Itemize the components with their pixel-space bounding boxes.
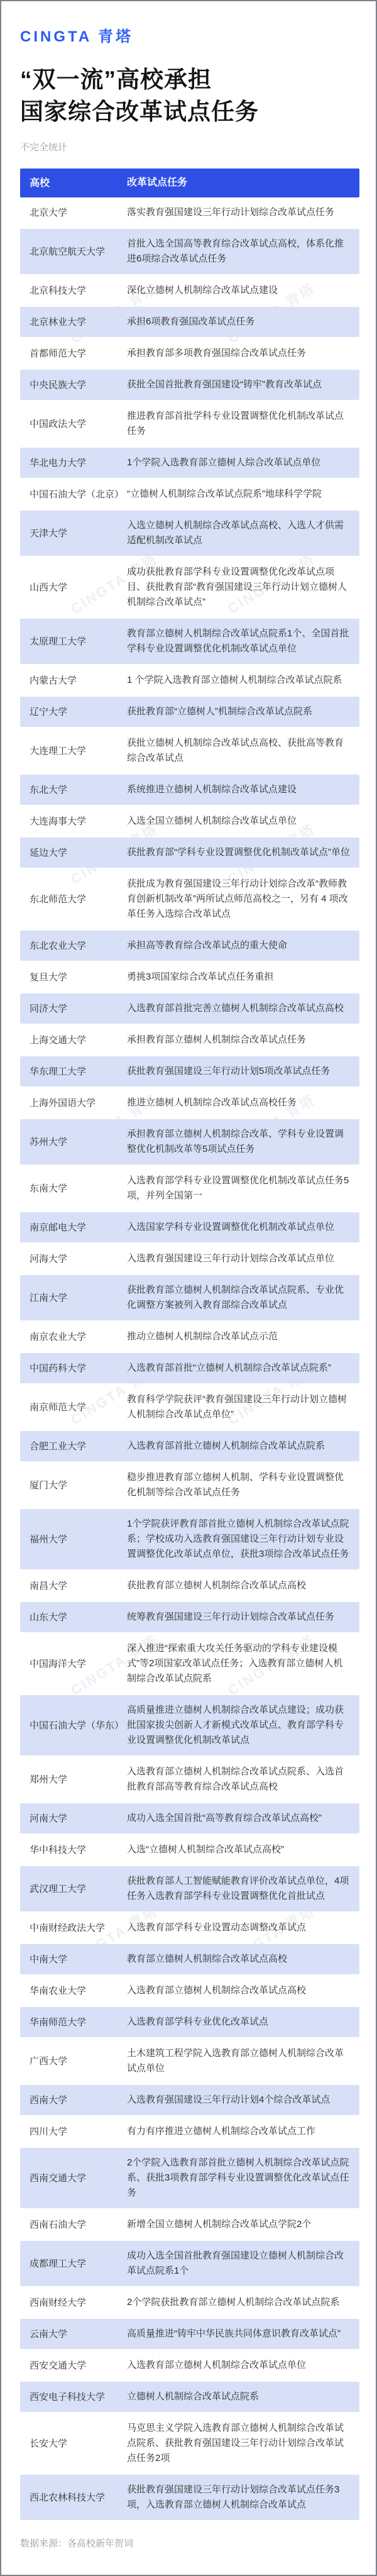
table-row: 上海外国语大学 推进立德树人机制综合改革试点高校任务 [20, 1088, 359, 1118]
table-row: 华北电力大学 1个学院入选教育部立德树人综合改革试点单位 [20, 448, 359, 478]
column-header-task: 改革试点任务 [127, 169, 359, 197]
university-name: 太原理工大学 [20, 627, 127, 656]
reform-task-text: 入选教育强国建设三年行动计划4个综合改革试点 [127, 2085, 359, 2115]
column-header-university: 高校 [20, 169, 127, 197]
table-row: 西安电子科技大学 立德树人机制综合改革试点院系 [20, 2382, 359, 2412]
reform-task-text: 2个学院获批教育部立德树人机制综合改革试点院系 [127, 2287, 359, 2318]
reform-task-text: 推进教育部首批学科专业设置调整优化机制改革试点任务 [127, 401, 359, 446]
university-name: 成都理工大学 [20, 2249, 127, 2279]
university-name: 内蒙古大学 [20, 666, 127, 695]
table-row: 河海大学 入选教育强国建设三年行动计划综合改革试点单位 [20, 1244, 359, 1274]
table-row: 西南大学 入选教育强国建设三年行动计划4个综合改革试点 [20, 2085, 359, 2115]
university-name: 大连海事大学 [20, 807, 127, 836]
university-name: 江南大学 [20, 1283, 127, 1313]
reform-task-text: 稳步推进教育部立德树人机制、学科专业设置调整优化机制等综合改革试点任务 [127, 1462, 359, 1508]
university-name: 郑州大学 [20, 1765, 127, 1794]
reform-task-text: 系统推进立德树人机制综合改革试点建设 [127, 775, 359, 805]
page-title: “双一流”高校承担国家综合改革试点任务 [20, 64, 357, 128]
university-name: 华东理工大学 [20, 1057, 127, 1086]
university-name: 大连理工大学 [20, 736, 127, 766]
reform-task-text: 统筹教育强国建设三年行动计划综合改革试点任务 [127, 1602, 359, 1632]
reform-task-text: 2个学院入选教育部首批立德树人机制综合改革试点院系、获批3项教育部学科专业设置调… [127, 2148, 359, 2208]
table-row: 北京林业大学 承担6项教育强国改革试点任务 [20, 307, 359, 337]
university-name: 复旦大学 [20, 963, 127, 992]
cingta-logo: CINGTA 青塔 [20, 24, 357, 46]
table-row: 华东理工大学 获批教育强国建设三年行动计划5项改革试点任务 [20, 1056, 359, 1086]
university-name: 河海大学 [20, 1244, 127, 1274]
table-row: 华中科技大学 入选“立德树人机制综合改革试点高校” [20, 1835, 359, 1865]
reform-task-text: 获批立德树人机制综合改革试点高校、获批高等教育综合改革试点 [127, 728, 359, 773]
reform-task-text: 入选教育部学科专业设置调整优化机制改革试点任务5项，并列全国第一 [127, 1166, 359, 1211]
reform-task-text: “立德树人机制综合改革试点院系”地球科学学院 [127, 479, 359, 509]
university-name: 西安电子科技大学 [20, 2382, 127, 2412]
table-row: 中国石油大学（华东） 高质量推进立德树人机制综合改革试点建设；成功获批国家拔尖创… [20, 1695, 359, 1755]
table-row: 北京大学 落实教育强国建设三年行动计划综合改革试点任务 [20, 197, 359, 228]
table-row: 中央民族大学 获批全国首批教育强国建设“铸牢”教育改革试点 [20, 370, 359, 400]
university-name: 中南财经政法大学 [20, 1913, 127, 1943]
reform-task-text: 马克思主义学院入选教育部立德树人机制综合改革试点院系、获批教育强国建设三年行动计… [127, 2413, 359, 2474]
table-row: 苏州大学 承担教育部立德树人机制综合改革、学科专业设置调整优化机制改革等5项试点… [20, 1119, 359, 1164]
table-row: 长安大学 马克思主义学院入选教育部立德树人机制综合改革试点院系、获批教育强国建设… [20, 2413, 359, 2474]
table-row: 成都理工大学 成功入选全国首批教育强国建设立德树人机制综合改革试点院系1个 [20, 2241, 359, 2286]
university-name: 东南大学 [20, 1174, 127, 1203]
table-row: 武汉理工大学 获批教育部人工智能赋能教育评价改革试点单位，4项任务入选教育部学科… [20, 1866, 359, 1911]
reform-task-text: 成功入选全国首批“高等教育综合改革试点高校” [127, 1803, 359, 1833]
reform-task-text: 教育部立德树人机制综合改革试点院系1个、全国首批学科专业设置调整优化机制改革试点… [127, 619, 359, 664]
reform-task-text: 获批教育强国建设三年行动计划综合改革试点任务3项，入选教育部立德树人机制综合改革… [127, 2475, 359, 2520]
university-name: 北京大学 [20, 198, 127, 228]
university-name: 西南大学 [20, 2086, 127, 2115]
university-name: 首都师范大学 [20, 339, 127, 368]
university-name: 武汉理工大学 [20, 1874, 127, 1904]
table-row: 中国药科大学 入选教育部首批“立德树人机制综合改革试点院系” [20, 1353, 359, 1383]
reform-task-text: 承担教育部立德树人机制综合改革试点任务 [127, 1025, 359, 1055]
table-row: 北京航空航天大学 首批入选全国高等教育综合改革试点高校，体系化推进6项综合改革试… [20, 229, 359, 274]
table-row: 中国海洋大学 深入推进“探索重大攻关任务驱动的学科专业建设模式”等2项国家改革试… [20, 1633, 359, 1694]
university-name: 中南大学 [20, 1945, 127, 1974]
university-name: 四川大学 [20, 2117, 127, 2147]
university-name: 同济大学 [20, 994, 127, 1024]
reform-task-text: 落实教育强国建设三年行动计划综合改革试点任务 [127, 197, 359, 228]
table-row: 北京科技大学 深化立德树人机制综合改革试点建设 [20, 275, 359, 306]
subtitle-note: 不完全统计 [20, 140, 357, 153]
table-row: 中南财经政法大学 入选教育部学科专业设置动态调整改革试点 [20, 1913, 359, 1943]
reform-task-text: 承担高等教育综合改革试点的重大使命 [127, 931, 359, 961]
university-name: 华南师范大学 [20, 2008, 127, 2037]
table-row: 大连海事大学 入选全国立德树人机制综合改革试点单位 [20, 806, 359, 836]
reform-task-text: 入选教育强国建设三年行动计划综合改革试点单位 [127, 1244, 359, 1274]
reform-task-text: 高质量推进立德树人机制综合改革试点建设；成功获批国家拔尖创新人才新模式改革试点、… [127, 1695, 359, 1755]
table-row: 山西大学 成功获批教育部学科专业设置调整优化改革试点项目、获批教育部“教育强国建… [20, 557, 359, 617]
reform-task-text: 获批教育部立德树人机制综合改革试点高校 [127, 1571, 359, 1601]
university-name: 苏州大学 [20, 1127, 127, 1157]
reform-task-text: 推进立德树人机制综合改革试点高校任务 [127, 1088, 359, 1118]
university-name: 华南农业大学 [20, 1976, 127, 2006]
table-row: 西南财经大学 2个学院获批教育部立德树人机制综合改革试点院系 [20, 2287, 359, 2318]
university-name: 西安交通大学 [20, 2351, 127, 2380]
university-name: 长安大学 [20, 2429, 127, 2458]
reform-task-text: 深化立德树人机制综合改革试点建设 [127, 275, 359, 306]
reform-task-text: 获批教育部“学科专业设置调整优化机制改革试点”单位 [127, 837, 359, 868]
university-name: 华中科技大学 [20, 1835, 127, 1865]
table-row: 上海交通大学 承担教育部立德树人机制综合改革试点任务 [20, 1025, 359, 1055]
reform-task-text: 教育科学学院获评“教育强国建设三年行动计划立德树人机制综合改革试点单位” [127, 1385, 359, 1430]
table-row: 南昌大学 获批教育部立德树人机制综合改革试点高校 [20, 1571, 359, 1601]
reform-task-text: 入选教育部立德树人机制综合改革试点单位 [127, 2350, 359, 2380]
reform-task-text: 推动立德树人机制综合改革试点示范 [127, 1322, 359, 1352]
table-header-row: 高校 改革试点任务 [20, 169, 359, 197]
table-row: 辽宁大学 获批教育部“立德树人”机制综合改革试点院系 [20, 697, 359, 727]
reform-task-text: 入选教育部首批完善立德树人机制综合改革试点高校 [127, 993, 359, 1024]
infographic-page: CINGTA 青塔CINGTA 青塔CINGTA 青塔CINGTA 青塔CING… [0, 0, 377, 2576]
table-row: 福州大学 1个学院获评教育部首批立德树人机制综合改革试点院系；学校成功入选教育强… [20, 1509, 359, 1569]
reform-task-text: 土木建筑工程学院入选教育部立德树人机制综合改革试点单位 [127, 2038, 359, 2084]
reform-task-text: 承担教育部立德树人机制综合改革、学科专业设置调整优化机制改革等5项试点任务 [127, 1119, 359, 1164]
reform-task-text: 成功入选全国首批教育强国建设立德树人机制综合改革试点院系1个 [127, 2241, 359, 2286]
table-row: 太原理工大学 教育部立德树人机制综合改革试点院系1个、全国首批学科专业设置调整优… [20, 619, 359, 664]
table-row: 中南大学 教育部立德树人机制综合改革试点高校 [20, 1944, 359, 1974]
table-row: 东南大学 入选教育部学科专业设置调整优化机制改革试点任务5项，并列全国第一 [20, 1166, 359, 1211]
university-name: 上海交通大学 [20, 1025, 127, 1055]
table-row: 南京师范大学 教育科学学院获评“教育强国建设三年行动计划立德树人机制综合改革试点… [20, 1385, 359, 1430]
reform-task-text: 首批入选全国高等教育综合改革试点高校，体系化推进6项综合改革试点任务 [127, 229, 359, 274]
reform-task-text: 有力有序推进立德树人机制综合改革试点工作 [127, 2116, 359, 2147]
table-row: 华南农业大学 入选教育部立德树人机制综合改革试点高校 [20, 1976, 359, 2006]
table-row: 厦门大学 稳步推进教育部立德树人机制、学科专业设置调整优化机制等综合改革试点任务 [20, 1462, 359, 1508]
data-source-note: 数据来源：各高校新年贺词 [20, 2536, 357, 2550]
table-row: 中国石油大学（北京） “立德树人机制综合改革试点院系”地球科学学院 [20, 479, 359, 509]
university-name: 厦门大学 [20, 1471, 127, 1500]
university-name: 西北农林科技大学 [20, 2483, 127, 2512]
reform-task-text: 入选教育部立德树人机制综合改革试点高校 [127, 1976, 359, 2006]
reform-task-text: 承担6项教育强国改革试点任务 [127, 307, 359, 337]
university-name: 中国海洋大学 [20, 1649, 127, 1679]
university-name: 福州大学 [20, 1525, 127, 1554]
table-row: 东北师范大学 获批成为教育强国建设三年行动计划综合改革“教师教育创新机制改革”两… [20, 869, 359, 929]
table-row: 复旦大学 勇挑3项国家综合改革试点任务重担 [20, 962, 359, 992]
table-row: 东北大学 系统推进立德树人机制综合改革试点建设 [20, 775, 359, 805]
reform-task-text: 1 个学院入选教育部立德树人机制综合改革试点院系 [127, 665, 359, 695]
university-name: 中国石油大学（华东） [20, 1711, 127, 1740]
table-row: 南京邮电大学 入选国家学科专业设置调整优化机制改革试点单位 [20, 1212, 359, 1242]
university-name: 河南大学 [20, 1804, 127, 1833]
reform-task-text: 教育部立德树人机制综合改革试点高校 [127, 1944, 359, 1974]
title-line-1: “双一流”高校承担 [20, 67, 212, 92]
reform-task-text: 入选教育部学科专业设置动态调整改革试点 [127, 1913, 359, 1943]
university-name: 合肥工业大学 [20, 1432, 127, 1461]
reform-task-text: 入选教育部首批立德树人机制综合改革试点院系 [127, 1431, 359, 1461]
university-name: 华北电力大学 [20, 448, 127, 478]
reform-table: 高校 改革试点任务 北京大学 落实教育强国建设三年行动计划综合改革试点任务 北京… [20, 169, 359, 2520]
table-row: 山东大学 统筹教育强国建设三年行动计划综合改革试点任务 [20, 1602, 359, 1632]
reform-task-text: 立德树人机制综合改革试点院系 [127, 2382, 359, 2412]
reform-task-text: 深入推进“探索重大攻关任务驱动的学科专业建设模式”等2项国家改革试点任务；入选教… [127, 1633, 359, 1694]
university-name: 上海外国语大学 [20, 1088, 127, 1118]
table-row: 天津大学 入选立德树人机制综合改革试点高校、入选人才供需适配机制改革试点 [20, 511, 359, 556]
university-name: 北京科技大学 [20, 276, 127, 306]
table-row: 河南大学 成功入选全国首批“高等教育综合改革试点高校” [20, 1803, 359, 1833]
table-row: 郑州大学 入选教育部立德树人机制综合改革试点院系、入选首批教育部高等教育综合改革… [20, 1757, 359, 1802]
reform-task-text: 入选教育部首批“立德树人机制综合改革试点院系” [127, 1353, 359, 1383]
university-name: 云南大学 [20, 2319, 127, 2349]
reform-task-text: 1个学院入选教育部立德树人综合改革试点单位 [127, 448, 359, 478]
content: CINGTA 青塔 “双一流”高校承担国家综合改革试点任务 不完全统计 高校 改… [20, 24, 357, 2550]
table-row: 四川大学 有力有序推进立德树人机制综合改革试点工作 [20, 2116, 359, 2147]
university-name: 延边大学 [20, 838, 127, 868]
reform-task-text: 获批全国首批教育强国建设“铸牢”教育改革试点 [127, 370, 359, 400]
table-row: 同济大学 入选教育部首批完善立德树人机制综合改革试点高校 [20, 993, 359, 1024]
table-row: 东北农业大学 承担高等教育综合改革试点的重大使命 [20, 931, 359, 961]
university-name: 西南交通大学 [20, 2164, 127, 2193]
university-name: 中国药科大学 [20, 1354, 127, 1383]
university-name: 山西大学 [20, 573, 127, 602]
reform-task-text: 高质量推进“铸牢中华民族共同体意识教育改革试点” [127, 2319, 359, 2349]
university-name: 中国政法大学 [20, 409, 127, 439]
table-row: 西南石油大学 新增全国立德树人机制综合改革试点学院2个 [20, 2209, 359, 2240]
university-name: 南京农业大学 [20, 1322, 127, 1352]
university-name: 南京师范大学 [20, 1393, 127, 1422]
title-line-2: 国家综合改革试点任务 [20, 99, 259, 124]
university-name: 天津大学 [20, 519, 127, 548]
reform-task-text: 入选教育部学科专业优化改革试点 [127, 2007, 359, 2037]
table-row: 西安交通大学 入选教育部立德树人机制综合改革试点单位 [20, 2350, 359, 2380]
university-name: 东北师范大学 [20, 885, 127, 914]
table-row: 中国政法大学 推进教育部首批学科专业设置调整优化机制改革试点任务 [20, 401, 359, 446]
table-row: 云南大学 高质量推进“铸牢中华民族共同体意识教育改革试点” [20, 2319, 359, 2349]
university-name: 南京邮电大学 [20, 1213, 127, 1242]
university-name: 辽宁大学 [20, 697, 127, 727]
table-row: 西南交通大学 2个学院入选教育部首批立德树人机制综合改革试点院系、获批3项教育部… [20, 2148, 359, 2208]
reform-task-text: 1个学院获评教育部首批立德树人机制综合改革试点院系；学校成功入选教育强国建设三年… [127, 1509, 359, 1569]
reform-task-text: 入选教育部立德树人机制综合改革试点院系、入选首批教育部高等教育综合改革试点高校 [127, 1757, 359, 1802]
table-row: 延边大学 获批教育部“学科专业设置调整优化机制改革试点”单位 [20, 837, 359, 868]
table-row: 华南师范大学 入选教育部学科专业优化改革试点 [20, 2007, 359, 2037]
university-name: 广西大学 [20, 2047, 127, 2076]
reform-task-text: 勇挑3项国家综合改革试点任务重担 [127, 962, 359, 992]
table-row: 大连理工大学 获批立德树人机制综合改革试点高校、获批高等教育综合改革试点 [20, 728, 359, 773]
reform-task-text: 入选“立德树人机制综合改革试点高校” [127, 1835, 359, 1865]
reform-task-text: 获批教育部“立德树人”机制综合改革试点院系 [127, 697, 359, 727]
table-row: 西北农林科技大学 获批教育强国建设三年行动计划综合改革试点任务3项，入选教育部立… [20, 2475, 359, 2520]
reform-task-text: 获批成为教育强国建设三年行动计划综合改革“教师教育创新机制改革”两所试点师范高校… [127, 869, 359, 929]
university-name: 山东大学 [20, 1603, 127, 1632]
reform-task-text: 入选国家学科专业设置调整优化机制改革试点单位 [127, 1212, 359, 1242]
university-name: 中央民族大学 [20, 370, 127, 400]
reform-task-text: 承担教育部多项教育强国综合改革试点任务 [127, 338, 359, 368]
reform-task-text: 入选立德树人机制综合改革试点高校、入选人才供需适配机制改革试点 [127, 511, 359, 556]
university-name: 北京航空航天大学 [20, 237, 127, 267]
university-name: 北京林业大学 [20, 307, 127, 337]
university-name: 西南石油大学 [20, 2210, 127, 2240]
reform-task-text: 获批教育部立德树人机制综合改革试点院系、专业优化调整方案被列入教育部综合改革试点 [127, 1275, 359, 1320]
university-name: 东北农业大学 [20, 931, 127, 961]
university-name: 西南财经大学 [20, 2288, 127, 2318]
university-name: 中国石油大学（北京） [20, 480, 127, 509]
table-row: 首都师范大学 承担教育部多项教育强国综合改革试点任务 [20, 338, 359, 368]
table-row: 南京农业大学 推动立德树人机制综合改革试点示范 [20, 1322, 359, 1352]
reform-task-text: 新增全国立德树人机制综合改革试点学院2个 [127, 2209, 359, 2240]
table-body: 北京大学 落实教育强国建设三年行动计划综合改革试点任务 北京航空航天大学 首批入… [20, 197, 359, 2520]
table-row: 广西大学 土木建筑工程学院入选教育部立德树人机制综合改革试点单位 [20, 2038, 359, 2084]
reform-task-text: 获批教育部人工智能赋能教育评价改革试点单位，4项任务入选教育部学科专业设置调整优… [127, 1866, 359, 1911]
table-row: 江南大学 获批教育部立德树人机制综合改革试点院系、专业优化调整方案被列入教育部综… [20, 1275, 359, 1320]
table-row: 内蒙古大学 1 个学院入选教育部立德树人机制综合改革试点院系 [20, 665, 359, 695]
reform-task-text: 成功获批教育部学科专业设置调整优化改革试点项目、获批教育部“教育强国建设三年行动… [127, 557, 359, 617]
reform-task-text: 入选全国立德树人机制综合改革试点单位 [127, 806, 359, 836]
reform-task-text: 获批教育强国建设三年行动计划5项改革试点任务 [127, 1056, 359, 1086]
university-name: 东北大学 [20, 775, 127, 805]
university-name: 南昌大学 [20, 1571, 127, 1601]
table-row: 合肥工业大学 入选教育部首批立德树人机制综合改革试点院系 [20, 1431, 359, 1461]
